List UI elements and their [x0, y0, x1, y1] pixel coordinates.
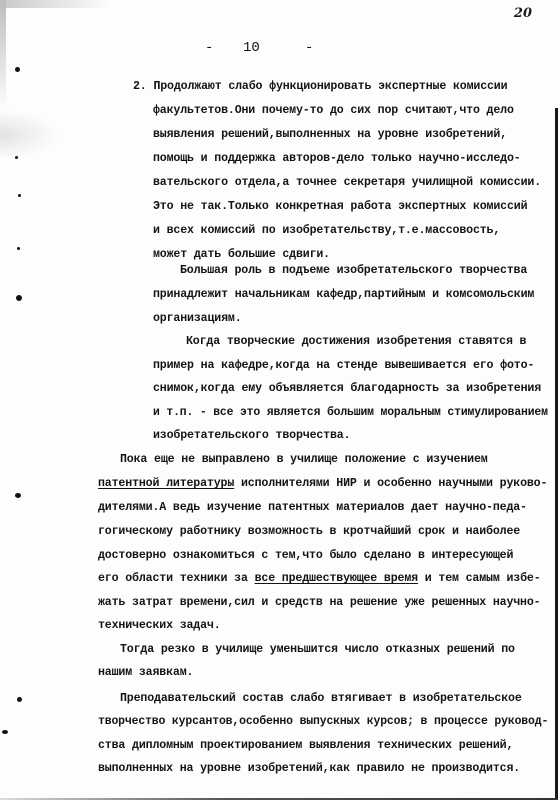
paragraph-line: жать затрат времени,сил и средств на реш…: [98, 596, 540, 610]
paragraph-line: технических задач.: [98, 619, 221, 633]
paragraph-line: достоверно ознакомиться с тем,что было с…: [98, 549, 513, 563]
page-number-value: 10: [243, 40, 305, 56]
paragraph-line: гогическому работнику возможность в крот…: [98, 525, 520, 539]
paragraph-line: и всех комиссий по изобретательству,т.е.…: [153, 224, 500, 238]
list-marker: 2.: [133, 80, 147, 93]
paragraph-line: снимок,когда ему объявляется благодарнос…: [153, 382, 541, 396]
punch-hole-mark: [17, 697, 22, 702]
paragraph-line: выявления решений,выполненных на уровне …: [153, 128, 507, 142]
paragraph-line: патентной литературы исполнителями НИР и…: [98, 477, 547, 491]
scan-smudge: [0, 110, 60, 160]
paragraph-line: Когда творческие достижения изобретения …: [186, 335, 526, 349]
paragraph-line: нашим заявкам.: [98, 666, 193, 680]
paragraph-line: Пока еще не выправлено в училище положен…: [120, 453, 488, 467]
punch-hole-mark: [15, 156, 18, 159]
paragraph-line: дителями.А ведь изучение патентных матер…: [98, 501, 527, 515]
scan-shadow-top: [0, 0, 110, 8]
paragraph-line: вательского отдела,а точнее секретаря уч…: [153, 176, 541, 190]
scan-shadow-left: [0, 0, 6, 110]
paragraph-line: Тогда резко в училище уменьшится число о…: [120, 643, 515, 657]
archive-folio-number: 20: [514, 6, 532, 21]
paragraph-line: Это не так.Только конкретная работа эксп…: [153, 200, 527, 214]
punch-hole-mark: [18, 194, 21, 197]
paragraph-line: факультетов.Они почему-то до сих пор счи…: [153, 104, 514, 118]
paragraph-line: организациям.: [153, 312, 242, 326]
underlined-phrase: все предшествующее время: [255, 572, 418, 585]
page-number-dash-left: -: [205, 40, 243, 56]
paragraph-line: творчество курсантов,особенно выпускных …: [98, 715, 548, 729]
paragraph-line: выполненных на уровне изобретений,как пр…: [98, 762, 520, 776]
punch-hole-mark: [17, 247, 20, 250]
page-number: -10-: [205, 40, 313, 56]
paragraph-line: изобретательского творчества.: [153, 429, 350, 443]
paragraph-line: принадлежит начальникам кафедр,партийным…: [153, 288, 534, 302]
paragraph-line: помощь и поддержка авторов-дело только н…: [153, 152, 521, 166]
paragraph-line: может дать большие сдвиги.: [153, 248, 330, 262]
paragraph-line: ства дипломным проектированием выявления…: [98, 739, 513, 753]
page-number-dash-right: -: [305, 40, 313, 56]
punch-hole-mark: [2, 730, 8, 734]
punch-hole-mark: [16, 295, 22, 301]
underlined-phrase: патентной литературы: [98, 477, 234, 490]
paragraph-line: Большая роль в подъеме изобретательского…: [180, 264, 527, 278]
paragraph-line: 2. Продолжают слабо функционировать эксп…: [133, 80, 507, 94]
paragraph-line: Преподавательский состав слабо втягивает…: [120, 692, 522, 706]
punch-hole-mark: [15, 67, 20, 72]
paragraph-line: пример на кафедре,когда на стенде вывеши…: [153, 359, 534, 373]
paragraph-line: его области техники за все предшествующе…: [98, 572, 541, 586]
scanned-page: 20 -10- 2. Продолжают слабо функциониров…: [0, 0, 558, 800]
punch-hole-mark: [15, 493, 21, 498]
paragraph-line: и т.п. - все это является большим мораль…: [153, 406, 548, 420]
